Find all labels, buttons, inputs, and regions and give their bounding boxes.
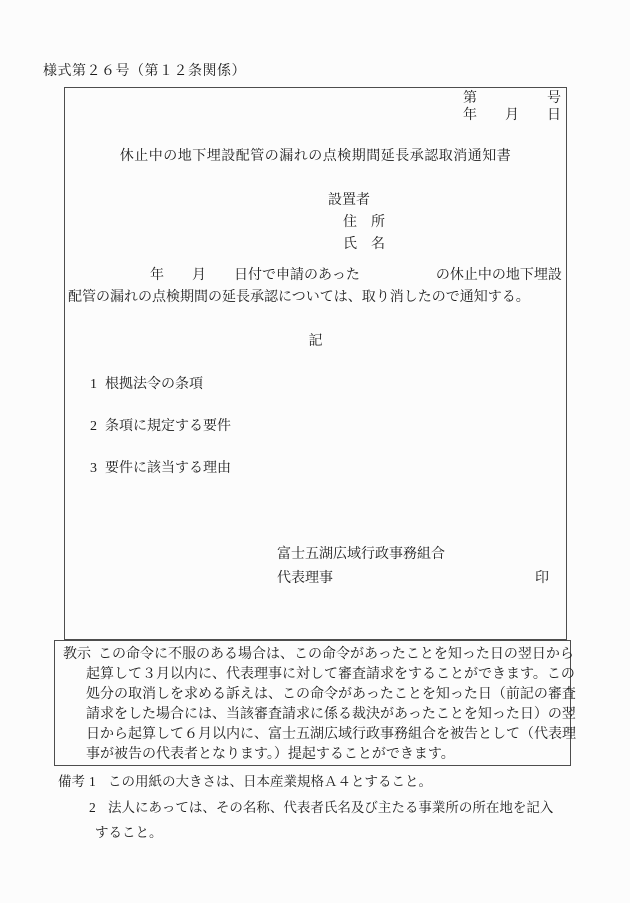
list-item: 1根拠法令の条項	[90, 377, 203, 393]
remarks-item-continuation: すること。	[58, 820, 553, 846]
document-title: 休止中の地下埋設配管の漏れの点検期間延長承認取消通知書	[65, 149, 566, 165]
list-item: 3要件に該当する理由	[90, 461, 231, 477]
remarks-label: 備考	[58, 769, 89, 795]
remarks-block: 備考1この用紙の大きさは、日本産業規格Ａ４とすること。 2法人にあっては、その名…	[58, 769, 553, 846]
remarks-item-text: この用紙の大きさは、日本産業規格Ａ４とすること。	[108, 774, 432, 789]
appeal-instruction-label: 教示	[63, 645, 91, 665]
remarks-item: 2法人にあっては、その名称、代表者氏名及び主たる事業所の所在地を記入	[58, 795, 553, 821]
document-number-line: 第 号	[65, 91, 566, 107]
document-page: 様式第２６号（第１２条関係） 第 号 年 月 日 休止中の地下埋設配管の漏れの点…	[0, 0, 630, 903]
item-text: 条項に規定する要件	[105, 419, 231, 434]
list-item: 2条項に規定する要件	[90, 419, 231, 435]
body-line-1: 年 月 日付で申請のあったの休止中の地下埋設	[150, 268, 562, 284]
issuer-organization: 富士五湖広域行政事務組合	[277, 547, 445, 563]
appeal-line: 事が被告の代表者となります。）提起することができます。	[86, 745, 564, 765]
recipient-name-label: 氏 名	[343, 237, 385, 253]
item-text: 根拠法令の条項	[105, 377, 203, 392]
body-date-part: 年 月 日付で申請のあった	[150, 268, 360, 283]
appeal-line: 処分の取消しを求める訴えは、この命令があったことを知った日（前記の審査	[86, 685, 564, 705]
appeal-line: この命令に不服のある場合は、この命令があったことを知った日の翌日から	[86, 645, 564, 665]
appeal-line: 起算して３月以内に、代表理事に対して審査請求をすることができます。この	[86, 665, 564, 685]
body-line-2: 配管の漏れの点検期間の延長承認については、取り消したので通知する。	[68, 290, 530, 306]
appeal-line: 請求をした場合には、当該審査請求に係る裁決があったことを知った日）の翌	[86, 705, 564, 725]
seal-placeholder: 印	[535, 571, 549, 587]
issuer-title: 代表理事	[277, 571, 333, 587]
appeal-instruction-box: 教示 この命令に不服のある場合は、この命令があったことを知った日の翌日から 起算…	[54, 640, 571, 766]
appeal-line: 日から起算して６月以内に、富士五湖広域行政事務組合を被告として（代表理	[86, 725, 564, 745]
form-style-number: 様式第２６号（第１２条関係）	[43, 60, 246, 80]
item-text: 要件に該当する理由	[105, 461, 231, 476]
remarks-item-number: 2	[89, 795, 108, 821]
body-line1-continuation: の休止中の地下埋設	[436, 268, 562, 283]
appeal-instruction-paragraph: 教示 この命令に不服のある場合は、この命令があったことを知った日の翌日から 起算…	[55, 641, 570, 765]
recipient-label: 設置者	[328, 193, 370, 209]
remarks-item: 備考1この用紙の大きさは、日本産業規格Ａ４とすること。	[58, 769, 553, 795]
remarks-item-text: すること。	[95, 825, 163, 840]
remarks-item-number: 1	[89, 769, 108, 795]
item-number: 1	[90, 377, 105, 393]
item-number: 2	[90, 419, 105, 435]
record-heading: 記	[65, 334, 566, 350]
notice-main-box: 第 号 年 月 日 休止中の地下埋設配管の漏れの点検期間延長承認取消通知書 設置…	[64, 87, 567, 640]
remarks-item-text: 法人にあっては、その名称、代表者氏名及び主たる事業所の所在地を記入	[108, 800, 553, 815]
recipient-address-label: 住 所	[343, 215, 385, 231]
document-date-line: 年 月 日	[65, 108, 566, 124]
item-number: 3	[90, 461, 105, 477]
